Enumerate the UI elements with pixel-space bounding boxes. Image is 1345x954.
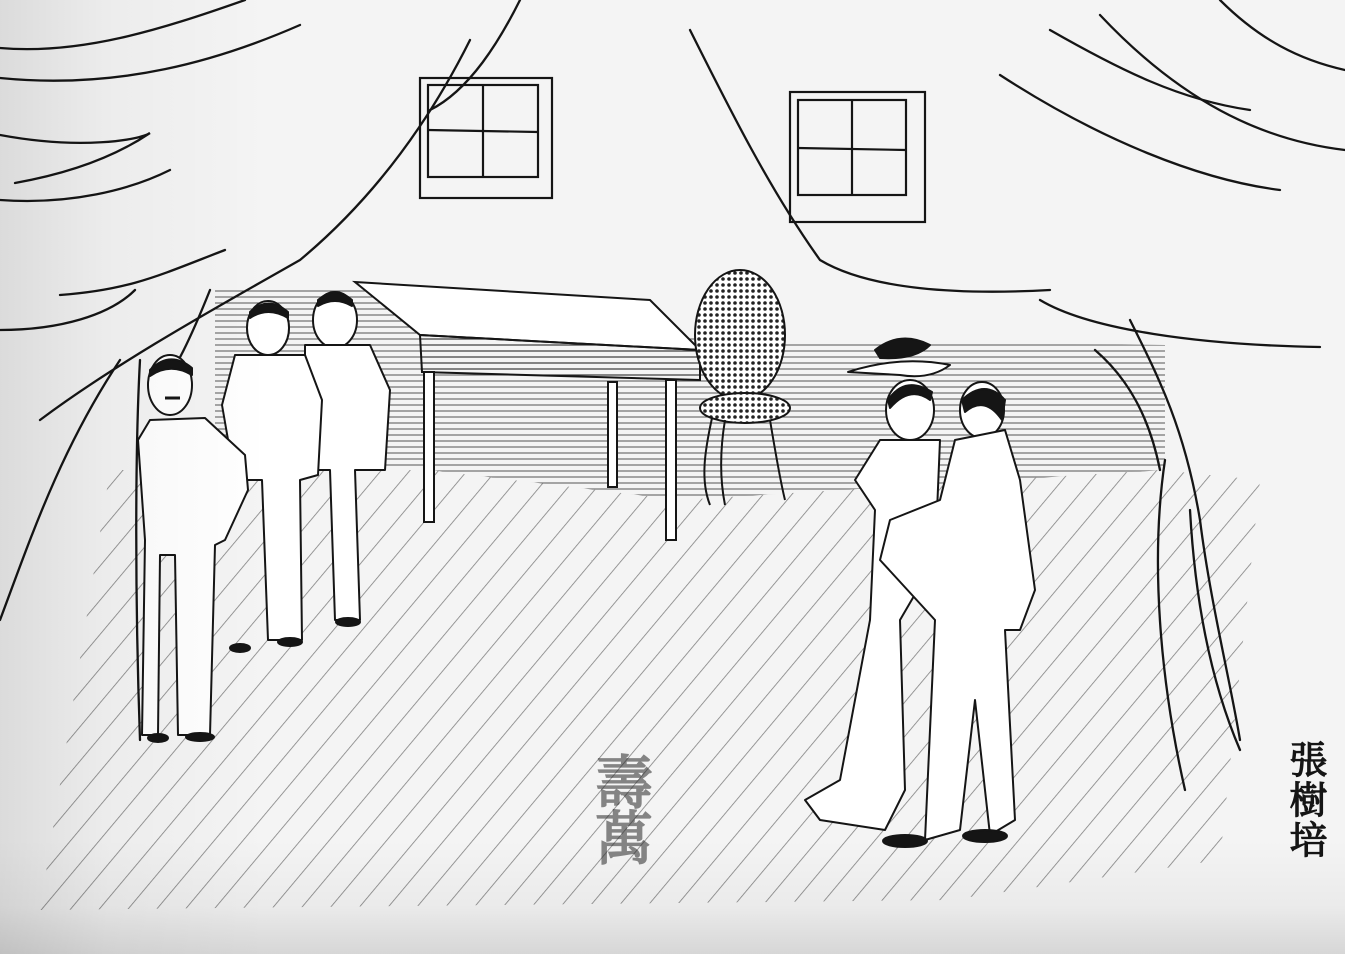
- seal-stamp: 壽萬: [510, 752, 650, 932]
- illustration: [0, 0, 1345, 954]
- window-right: [790, 92, 925, 222]
- artist-signature: 張樹培: [1278, 740, 1328, 860]
